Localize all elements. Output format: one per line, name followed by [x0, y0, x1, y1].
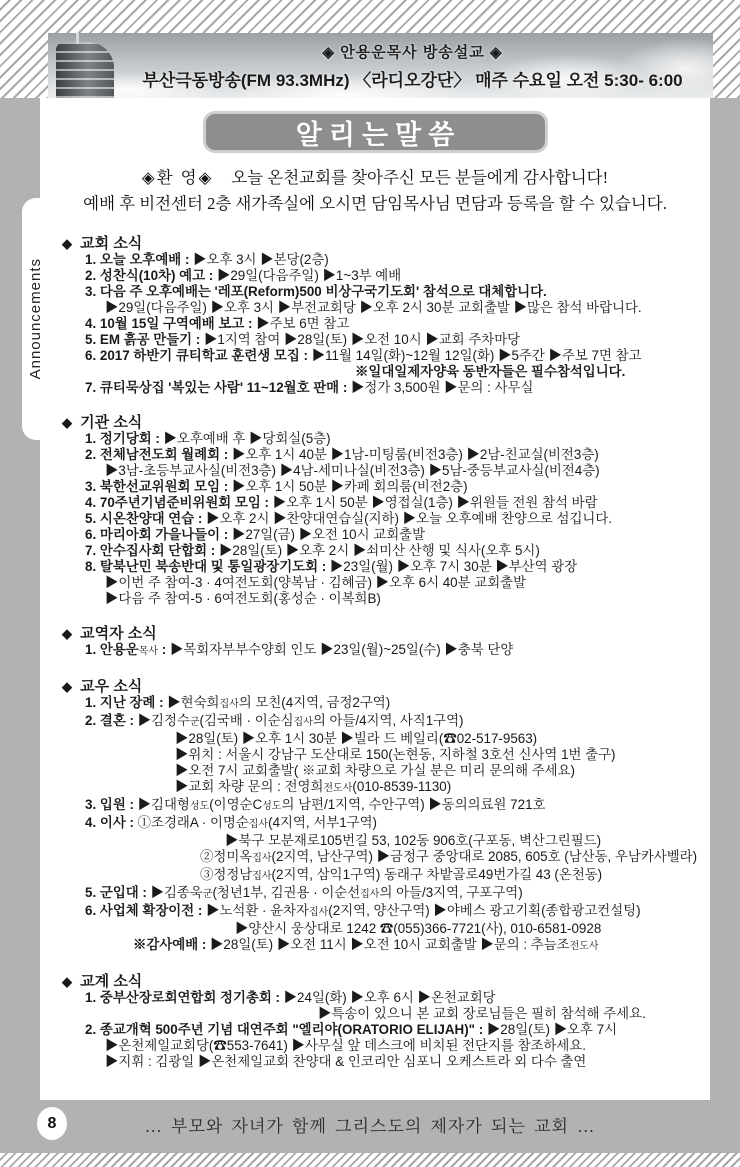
text-segment: 의 아들/3지역, 구포구역) — [379, 885, 522, 900]
text-segment: (2지역, 양산구역) ▶야베스 광고기획(종합광고컨설팅) — [328, 903, 640, 918]
text-segment: 8. 탈북난민 북송반대 및 통일광장기도회 : — [85, 559, 330, 574]
text-segment: 집사 — [219, 699, 238, 710]
text-segment: 6. 사업체 확장이전 : — [85, 903, 206, 918]
text-segment: ▶북구 모분재로105번길 53, 102동 906호(구포동, 벽산그린필드) — [225, 833, 601, 848]
text-segment: ▶교회 차량 문의 : 전영희 — [175, 779, 323, 794]
text-segment: 목사 — [139, 646, 158, 657]
text-segment: ▶현숙희 — [167, 695, 219, 710]
announcement-line: 1. 오늘 오후예배 : ▶오후 3시 ▶본당(2층) — [40, 252, 710, 268]
text-segment: (2지역, 남산구역) ▶금정구 중앙대로 2085, 605호 (남산동, 우… — [272, 849, 698, 864]
sections: ◆ 교회 소식1. 오늘 오후예배 : ▶오후 3시 ▶본당(2층)2. 성찬식… — [40, 235, 710, 1070]
text-segment: ▶양산시 웅상대로 1242 ☎(055)366-7721(사), 010-65… — [235, 921, 601, 936]
page-title: 알리는말씀 — [289, 113, 461, 152]
announcement-line: 6. 마리아회 가을나들이 : ▶27일(금) ▶오전 10시 교회출발 — [40, 527, 710, 543]
text-segment: (010-8539-1130) — [352, 779, 451, 794]
welcome-line2: 예배 후 비전센터 2층 새가족실에 오시면 담임목사님 면담과 등록을 할 수… — [40, 191, 710, 217]
text-segment: ▶28일(토) ▶오후 2시 ▶쇠미산 산행 및 식사(오후 5시) — [219, 543, 540, 558]
page-number-badge: 8 — [37, 1107, 67, 1140]
text-segment: 2. 결혼 : — [85, 713, 138, 728]
broadcast-banner: ◈ 안용운목사 방송설교 ◈ 부산극동방송(FM 93.3MHz) 〈라디오강단… — [48, 33, 713, 98]
announcement-line: 2. 성찬식(10차) 예고 : ▶29일(다음주일) ▶1~3부 예배 — [40, 268, 710, 284]
text-segment: 3. 북한선교위원회 모임 : — [85, 479, 232, 494]
text-segment: ▶김대형 — [138, 797, 190, 812]
section-title-text: 교우 소식 — [76, 678, 142, 695]
text-segment: ③정정남 — [200, 867, 252, 882]
text-segment: ▶오후 3시 ▶본당(2층) — [193, 252, 329, 267]
announcement-line: 4. 이사 : ①조경래A · 이명순집사(4지역, 서부1구역) — [40, 815, 710, 833]
announcement-line: ▶온천제일교회당(☎553-7641) ▶사무실 앞 데스크에 비치된 전단지를… — [40, 1038, 710, 1054]
banner-line1: ◈ 안용운목사 방송설교 ◈ — [323, 41, 503, 62]
bulletin-page: ◈ 안용운목사 방송설교 ◈ 부산극동방송(FM 93.3MHz) 〈라디오강단… — [0, 0, 740, 1167]
text-segment: ▶24일(화) ▶오후 6시 ▶온천교회당 — [284, 990, 496, 1005]
text-segment: ▶온천제일교회당(☎553-7641) ▶사무실 앞 데스크에 비치된 전단지를… — [105, 1038, 586, 1053]
announcement-line: ▶이번 주 참여-3 · 4여전도회(양복남 · 김혜금) ▶오후 6시 40분… — [40, 575, 710, 591]
announcement-line: ③정정남집사(2지역, 삼익1구역) 동래구 차밭골로49번가길 43 (온천동… — [40, 867, 710, 885]
text-segment: ▶오후 1시 50분 ▶영접실(1층) ▶위원들 전원 참석 바람 — [273, 495, 598, 510]
bottom-hatch-border — [0, 1153, 740, 1167]
welcome-line1: ◈환 영◈오늘 온천교회를 찾아주신 모든 분들에게 감사합니다! — [40, 165, 710, 191]
side-tab-label: Announcements — [27, 258, 44, 379]
text-segment: 의 남편/1지역, 수안구역) ▶동의의료원 721호 — [281, 797, 545, 812]
text-segment: ▶오후 2시 ▶찬양대연습실(지하) ▶오늘 오후예배 찬양으로 섬깁니다. — [206, 511, 612, 526]
text-segment: ▶오후예배 후 ▶당회실(5층) — [164, 431, 331, 446]
announcement-line: ▶양산시 웅상대로 1242 ☎(055)366-7721(사), 010-65… — [40, 921, 710, 937]
announcement-line: 6. 2017 하반기 큐티학교 훈련생 모집 : ▶11월 14일(화)~12… — [40, 348, 710, 364]
text-segment: 성도 — [190, 801, 209, 812]
announcement-line: 6. 사업체 확장이전 : ▶노석환 · 윤차자집사(2지역, 양산구역) ▶야… — [40, 903, 710, 921]
text-segment: ▶28일(토) ▶오후 7시 — [487, 1022, 617, 1037]
announcement-line: 2. 전체남전도회 월례회 : ▶오후 1시 40분 ▶1남-미팅룸(비전3층)… — [40, 447, 710, 463]
section-church-news: ◆ 교회 소식1. 오늘 오후예배 : ▶오후 3시 ▶본당(2층)2. 성찬식… — [40, 235, 710, 396]
diamond-icon: ◆ — [62, 236, 72, 251]
text-segment: ▶28일(토) ▶오후 1시 30분 ▶빌라 드 베일리(☎02-517-956… — [175, 731, 537, 746]
section-title-text: 기관 소식 — [76, 414, 142, 431]
text-segment: ▶정가 3,500원 ▶문의 : 사무실 — [351, 380, 533, 395]
page-title-box: 알리는말씀 — [203, 111, 548, 153]
announcement-line: 2. 결혼 : ▶김정수군(김국배 · 이순심집사의 아들/4지역, 사직1구역… — [40, 713, 710, 731]
section-denomination-news: ◆ 교계 소식1. 중부산장로회연합회 정기총회 : ▶24일(화) ▶오후 6… — [40, 973, 710, 1070]
announcement-line: 8. 탈북난민 북송반대 및 통일광장기도회 : ▶23일(월) ▶오후 7시 … — [40, 559, 710, 575]
announcement-line: 5. EM 흙공 만들기 : ▶1지역 참여 ▶28일(토) ▶오전 10시 ▶… — [40, 332, 710, 348]
text-segment: ①조경래A · 이명순 — [138, 815, 249, 830]
announcement-line: ②정미옥집사(2지역, 남산구역) ▶금정구 중앙대로 2085, 605호 (… — [40, 849, 710, 867]
banner-line2: 부산극동방송(FM 93.3MHz) 〈라디오강단〉 매주 수요일 오전 5:3… — [142, 66, 682, 91]
footer-slogan: … 부모와 자녀가 함께 그리스도의 제자가 되는 교회 … — [0, 1112, 740, 1137]
church-building-image — [56, 42, 114, 98]
section-title: ◆ 교계 소식 — [40, 973, 710, 990]
diamond-icon: ◆ — [62, 415, 72, 430]
announcement-line: 4. 70주년기념준비위원회 모임 : ▶오후 1시 50분 ▶영접실(1층) … — [40, 495, 710, 511]
welcome-badge: ◈환 영◈ — [142, 168, 213, 187]
text-segment: 4. 10월 15일 구역예배 보고 : — [85, 316, 256, 331]
diamond-icon: ◆ — [62, 679, 72, 694]
text-segment: ※일대일제자양육 동반자들은 필수참석입니다. — [355, 364, 625, 379]
text-segment: ▶29일(다음주일) ▶1~3부 예배 — [217, 268, 401, 283]
text-segment: ②정미옥 — [200, 849, 252, 864]
section-title: ◆ 교우 소식 — [40, 678, 710, 695]
diamond-icon: ◆ — [62, 626, 72, 641]
text-segment: 5. EM 흙공 만들기 : — [85, 332, 204, 347]
text-segment: 집사 — [252, 871, 271, 882]
text-segment: ▶다음 주 참여-5 · 6여전도회(홍성순 · 이복희B) — [105, 591, 381, 606]
section-title: ◆ 기관 소식 — [40, 414, 710, 431]
text-segment: ▶오전 7시 교회출발( ※교회 차량으로 가실 분은 미리 문의해 주세요) — [175, 763, 575, 778]
text-segment: 1. 지난 장례 : — [85, 695, 167, 710]
announcement-line: ※일대일제자양육 동반자들은 필수참석입니다. — [40, 364, 710, 380]
text-segment: 5. 군입대 : — [85, 885, 151, 900]
text-segment: ▶주보 6면 참고 — [256, 316, 349, 331]
text-segment: ▶23일(월) ▶오후 7시 30분 ▶부산역 광장 — [330, 559, 577, 574]
text-segment: 집사 — [294, 717, 313, 728]
text-segment: 전도사 — [570, 941, 599, 952]
announcement-line: 5. 군입대 : ▶김종욱군(청년1부, 김권용 · 이순선집사의 아들/3지역… — [40, 885, 710, 903]
text-segment: ▶노석환 · 윤차자 — [206, 903, 309, 918]
announcement-line: ▶특송이 있으니 본 교회 장로님들은 필히 참석해 주세요. — [40, 1006, 710, 1022]
text-segment: 2. 종교개혁 500주년 기념 대연주회 "엘리야(ORATORIO ELIJ… — [85, 1022, 487, 1037]
text-segment: 3. 다음 주 오후예배는 '레포(Reform)500 비상구국기도회' 참석… — [85, 284, 547, 299]
text-segment: 집사 — [309, 907, 328, 918]
banner-text: ◈ 안용운목사 방송설교 ◈ 부산극동방송(FM 93.3MHz) 〈라디오강단… — [118, 33, 707, 98]
announcement-line: ▶위치 : 서울시 강남구 도산대로 150(논현동, 지하철 3호선 신사역 … — [40, 747, 710, 763]
announcement-line: 7. 안수집사회 단합회 : ▶28일(토) ▶오후 2시 ▶쇠미산 산행 및 … — [40, 543, 710, 559]
text-segment: 전도사 — [323, 783, 352, 794]
text-segment: ▶11월 14일(화)~12월 12일(화) ▶5주간 ▶주보 7면 참고 — [312, 348, 642, 363]
text-segment: (이영순C — [209, 797, 262, 812]
section-organization-news: ◆ 기관 소식1. 정기당회 : ▶오후예배 후 ▶당회실(5층)2. 전체남전… — [40, 414, 710, 607]
announcement-line: ▶다음 주 참여-5 · 6여전도회(홍성순 · 이복희B) — [40, 591, 710, 607]
text-segment: 집사 — [252, 853, 271, 864]
text-segment: ▶오후 1시 40분 ▶1남-미팅룸(비전3층) ▶2남-친교실(비전3층) — [232, 447, 599, 462]
welcome-text1: 오늘 온천교회를 찾아주신 모든 분들에게 감사합니다! — [231, 168, 608, 187]
antenna-icon — [76, 33, 79, 44]
text-segment: 7. 큐티묵상집 '복있는 사람' 11~12월호 판매 : — [85, 380, 351, 395]
announcement-line: ▶29일(다음주일) ▶오후 3시 ▶부전교회당 ▶오후 2시 30분 교회출발… — [40, 300, 710, 316]
text-segment: ▶위치 : 서울시 강남구 도산대로 150(논현동, 지하철 3호선 신사역 … — [175, 747, 616, 762]
announcement-line: 5. 시온찬양대 연습 : ▶오후 2시 ▶찬양대연습실(지하) ▶오늘 오후예… — [40, 511, 710, 527]
announcement-line: 3. 입원 : ▶김대형성도(이영순C성도의 남편/1지역, 수안구역) ▶동의… — [40, 797, 710, 815]
announcement-line: 1. 중부산장로회연합회 정기총회 : ▶24일(화) ▶오후 6시 ▶온천교회… — [40, 990, 710, 1006]
text-segment: 3. 입원 : — [85, 797, 138, 812]
text-segment: 6. 마리아회 가을나들이 : — [85, 527, 232, 542]
text-segment: ▶29일(다음주일) ▶오후 3시 ▶부전교회당 ▶오후 2시 30분 교회출발… — [105, 300, 642, 315]
text-segment: 1. 오늘 오후예배 : — [85, 252, 193, 267]
text-segment: : — [158, 642, 170, 657]
text-segment: 1. 안용운 — [85, 642, 139, 657]
text-segment: 4. 70주년기념준비위원회 모임 : — [85, 495, 273, 510]
text-segment: 2. 전체남전도회 월례회 : — [85, 447, 232, 462]
text-segment: 집사 — [249, 819, 268, 830]
text-segment: (2지역, 삼익1구역) 동래구 차밭골로49번가길 43 (온천동) — [272, 867, 603, 882]
text-segment: ▶특송이 있으니 본 교회 장로님들은 필히 참석해 주세요. — [318, 1006, 646, 1021]
text-segment: 1. 정기당회 : — [85, 431, 164, 446]
diamond-icon: ◆ — [62, 974, 72, 989]
announcement-line: ▶오전 7시 교회출발( ※교회 차량으로 가실 분은 미리 문의해 주세요) — [40, 763, 710, 779]
section-title-text: 교역자 소식 — [76, 625, 157, 642]
announcement-line: ▶북구 모분재로105번길 53, 102동 906호(구포동, 벽산그린필드) — [40, 833, 710, 849]
text-segment: 집사 — [360, 889, 379, 900]
text-segment: ▶목회자부부수양회 인도 ▶23일(월)~25일(수) ▶충북 단양 — [170, 642, 513, 657]
section-title-text: 교회 소식 — [76, 235, 142, 252]
announcement-line: 2. 종교개혁 500주년 기념 대연주회 "엘리야(ORATORIO ELIJ… — [40, 1022, 710, 1038]
text-segment: ▶1지역 참여 ▶28일(토) ▶오전 10시 ▶교회 주차마당 — [204, 332, 520, 347]
announcement-line: ▶교회 차량 문의 : 전영희전도사(010-8539-1130) — [40, 779, 710, 797]
announcement-line: 3. 다음 주 오후예배는 '레포(Reform)500 비상구국기도회' 참석… — [40, 284, 710, 300]
announcement-line: ▶지휘 : 김광일 ▶온천제일교회 찬양대 & 인코리안 심포니 오케스트라 외… — [40, 1054, 710, 1070]
text-segment: 4. 이사 : — [85, 815, 138, 830]
text-segment: 7. 안수집사회 단합회 : — [85, 543, 219, 558]
text-segment: ▶27일(금) ▶오전 10시 교회출발 — [232, 527, 425, 542]
text-segment: 5. 시온찬양대 연습 : — [85, 511, 206, 526]
announcement-line: 1. 지난 장례 : ▶현숙희집사의 모친(4지역, 금정2구역) — [40, 695, 710, 713]
announcement-line: 1. 안용운목사 : ▶목회자부부수양회 인도 ▶23일(월)~25일(수) ▶… — [40, 642, 710, 660]
section-title-text: 교계 소식 — [76, 973, 142, 990]
announcement-line: ▶3남-초등부교사실(비전3층) ▶4남-세미나실(비전3층) ▶5남-중등부교… — [40, 463, 710, 479]
text-segment: 6. 2017 하반기 큐티학교 훈련생 모집 : — [85, 348, 312, 363]
text-segment: ▶김종욱 — [151, 885, 203, 900]
announcement-line: 1. 정기당회 : ▶오후예배 후 ▶당회실(5층) — [40, 431, 710, 447]
text-segment: ▶3남-초등부교사실(비전3층) ▶4남-세미나실(비전3층) ▶5남-중등부교… — [105, 463, 600, 478]
announcement-line: 7. 큐티묵상집 '복있는 사람' 11~12월호 판매 : ▶정가 3,500… — [40, 380, 710, 396]
section-clergy-news: ◆ 교역자 소식1. 안용운목사 : ▶목회자부부수양회 인도 ▶23일(월)~… — [40, 625, 710, 660]
text-segment: 군 — [190, 717, 200, 728]
text-segment: ▶오후 1시 50분 ▶카페 회의룸(비전2층) — [232, 479, 468, 494]
text-segment: 의 모친(4지역, 금정2구역) — [239, 695, 390, 710]
text-segment: ※감사예배 : — [133, 937, 210, 952]
text-segment: (4지역, 서부1구역) — [268, 815, 377, 830]
announcements-side-tab: Announcements — [22, 198, 48, 440]
text-segment: ▶이번 주 참여-3 · 4여전도회(양복남 · 김혜금) ▶오후 6시 40분… — [105, 575, 526, 590]
text-segment: 1. 중부산장로회연합회 정기총회 : — [85, 990, 284, 1005]
text-segment: 2. 성찬식(10차) 예고 : — [85, 268, 217, 283]
section-title: ◆ 교회 소식 — [40, 235, 710, 252]
text-segment: (청년1부, 김권용 · 이순선 — [212, 885, 360, 900]
text-segment: (김국배 · 이순심 — [200, 713, 294, 728]
section-title: ◆ 교역자 소식 — [40, 625, 710, 642]
content-panel: 알리는말씀 ◈환 영◈오늘 온천교회를 찾아주신 모든 분들에게 감사합니다! … — [40, 98, 710, 1100]
announcement-line: 3. 북한선교위원회 모임 : ▶오후 1시 50분 ▶카페 회의룸(비전2층) — [40, 479, 710, 495]
footer: … 부모와 자녀가 함께 그리스도의 제자가 되는 교회 … 8 — [0, 1100, 740, 1153]
text-segment: ▶지휘 : 김광일 ▶온천제일교회 찬양대 & 인코리안 심포니 오케스트라 외… — [105, 1054, 586, 1069]
text-segment: ▶28일(토) ▶오전 11시 ▶오전 10시 교회출발 ▶문의 : 추늠조 — [210, 937, 570, 952]
text-segment: 성도 — [262, 801, 281, 812]
text-segment: 의 아들/4지역, 사직1구역) — [313, 713, 464, 728]
announcement-line: 4. 10월 15일 구역예배 보고 : ▶주보 6면 참고 — [40, 316, 710, 332]
section-member-news: ◆ 교우 소식1. 지난 장례 : ▶현숙희집사의 모친(4지역, 금정2구역)… — [40, 678, 710, 955]
announcement-line: ※감사예배 : ▶28일(토) ▶오전 11시 ▶오전 10시 교회출발 ▶문의… — [40, 937, 710, 955]
announcement-line: ▶28일(토) ▶오후 1시 30분 ▶빌라 드 베일리(☎02-517-956… — [40, 731, 710, 747]
welcome-block: ◈환 영◈오늘 온천교회를 찾아주신 모든 분들에게 감사합니다! 예배 후 비… — [40, 165, 710, 217]
text-segment: ▶김정수 — [138, 713, 190, 728]
